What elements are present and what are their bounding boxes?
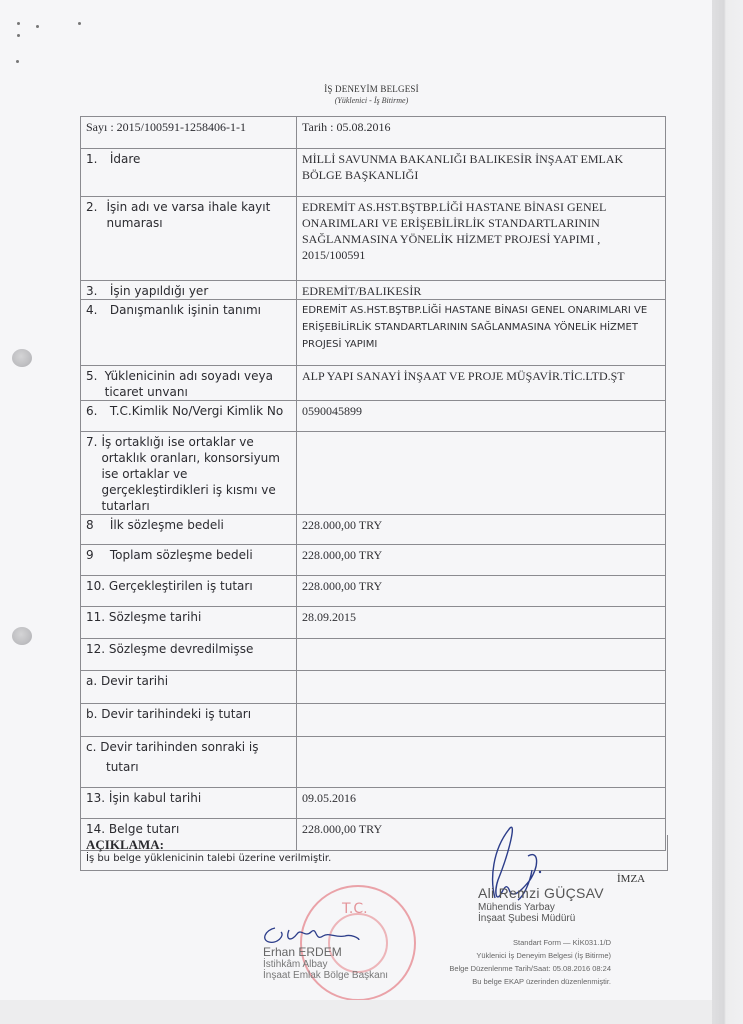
scan-speck [17, 22, 20, 25]
table-row: 10. Gerçekleştirilen iş tutarı 228.000,0… [81, 576, 666, 607]
row-value: 28.09.2015 [297, 607, 666, 639]
signatory-position: İnşaat Şubesi Müdürü [478, 913, 604, 924]
row-value: 09.05.2016 [297, 788, 666, 819]
stamp-text: T.C. [342, 901, 368, 917]
table-row: a. Devir tarihi [81, 671, 666, 704]
row-label: Sözleşme tarihi [109, 610, 201, 624]
row-label: Yüklenicinin adı soyadı veya ticaret unv… [101, 368, 291, 400]
signatory-name: Erhan ERDEM [263, 945, 388, 959]
row-number: c. [86, 740, 96, 754]
signatory-rank: İstihkâm Albay [263, 959, 388, 970]
row-number: 11. [86, 610, 105, 624]
row-label: İdare [110, 152, 141, 166]
row-value: ALP YAPI SANAYİ İNŞAAT VE PROJE MÜŞAVİR.… [297, 366, 666, 401]
punch-hole [12, 349, 32, 367]
row-value: EDREMİT AS.HST.BŞTBP.LİĞİ HASTANE BİNASI… [297, 300, 666, 366]
signatory-name: Ali Remzi GÜÇSAV [478, 885, 604, 901]
scanner-edge [712, 0, 743, 1024]
signatory-left: Erhan ERDEM İstihkâm Albay İnşaat Emlak … [263, 945, 388, 981]
table-row: 6. T.C.Kimlik No/Vergi Kimlik No 0590045… [81, 401, 666, 432]
document-page: İŞ DENEYİM BELGESİ (Yüklenici - İş Bitir… [0, 0, 712, 1000]
row-label: İşin adı ve varsa ihale kayıt numarası [102, 199, 291, 231]
table-row: 13. İşin kabul tarihi 09.05.2016 [81, 788, 666, 819]
row-number: 4. [86, 302, 106, 318]
row-label-continuation: tutarı [86, 759, 291, 775]
signatory-right: Ali Remzi GÜÇSAV Mühendis Yarbay İnşaat … [478, 885, 604, 924]
row-label: Devir tarihinden sonraki iş [100, 740, 258, 754]
row-number: 13. [86, 791, 105, 805]
row-number: 1. [86, 151, 106, 167]
row-value [297, 704, 666, 737]
table-row: 11. Sözleşme tarihi 28.09.2015 [81, 607, 666, 639]
row-label: Devir tarihindeki iş tutarı [101, 707, 251, 721]
row-label: Belge tutarı [109, 822, 179, 836]
scan-speck [36, 25, 39, 28]
row-number: 12. [86, 642, 105, 656]
table-row: 2.İşin adı ve varsa ihale kayıt numarası… [81, 197, 666, 281]
row-number: 14. [86, 822, 105, 836]
table-row: 9 Toplam sözleşme bedeli 228.000,00 TRY [81, 545, 666, 576]
official-stamp: T.C. [300, 885, 416, 1001]
row-value: 228.000,00 TRY [297, 576, 666, 607]
row-label: Gerçekleştirilen iş tutarı [109, 579, 253, 593]
row-number: b. [86, 707, 97, 721]
table-row: 5.Yüklenicinin adı soyadı veya ticaret u… [81, 366, 666, 401]
row-number: 9 [86, 547, 106, 563]
table-row: 3. İşin yapıldığı yer EDREMİT/BALIKESİR [81, 281, 666, 300]
row-number: 7. [86, 434, 97, 514]
table-row: 1. İdare MİLLİ SAVUNMA BAKANLIĞI BALIKES… [81, 149, 666, 197]
row-label: T.C.Kimlik No/Vergi Kimlik No [110, 404, 283, 418]
row-label: Danışmanlık işinin tanımı [110, 303, 261, 317]
form-code: Standart Form — KİK031.1/D [513, 938, 611, 947]
row-value: 228.000,00 TRY [297, 515, 666, 545]
row-value: EDREMİT/BALIKESİR [297, 281, 666, 300]
sayi-field: Sayı : 2015/100591-1258406-1-1 [81, 117, 297, 149]
punch-hole [12, 627, 32, 645]
row-number: 3. [86, 283, 106, 299]
explanation-text: İş bu belge yüklenicinin talebi üzerine … [86, 852, 662, 866]
row-value: EDREMİT AS.HST.BŞTBP.LİĞİ HASTANE BİNASI… [297, 197, 666, 281]
row-number: 5. [86, 368, 101, 400]
row-label: İş ortaklığı ise ortaklar ve ortaklık or… [97, 434, 291, 514]
row-value [297, 671, 666, 704]
row-label: İşin kabul tarihi [109, 791, 201, 805]
scan-speck [78, 22, 81, 25]
table-row: 12. Sözleşme devredilmişse [81, 639, 666, 671]
signature-label: İMZA [617, 873, 645, 885]
document-subtitle: (Yüklenici - İş Bitirme) [0, 96, 743, 105]
certificate-table: Sayı : 2015/100591-1258406-1-1 Tarih : 0… [80, 116, 666, 851]
table-row: 8 İlk sözleşme bedeli 228.000,00 TRY [81, 515, 666, 545]
scan-speck [17, 34, 20, 37]
document-title: İŞ DENEYİM BELGESİ [0, 84, 743, 94]
row-number: 6. [86, 403, 106, 419]
row-number: 8 [86, 517, 106, 533]
form-name: Yüklenici İş Deneyim Belgesi (İş Bitirme… [476, 951, 611, 960]
tarih-field: Tarih : 05.08.2016 [297, 117, 666, 149]
table-row: c. Devir tarihinden sonraki iştutarı [81, 737, 666, 788]
row-label: Toplam sözleşme bedeli [110, 548, 253, 562]
row-value [297, 737, 666, 788]
row-value: 0590045899 [297, 401, 666, 432]
row-number: 2. [86, 199, 102, 231]
row-label: İlk sözleşme bedeli [110, 518, 224, 532]
row-number: a. [86, 674, 97, 688]
row-label: İşin yapıldığı yer [110, 284, 208, 298]
row-value: MİLLİ SAVUNMA BAKANLIĞI BALIKESİR İNŞAAT… [297, 149, 666, 197]
row-value: 228.000,00 TRY [297, 545, 666, 576]
explanation-title: AÇIKLAMA: [86, 837, 662, 852]
ekap-source-note: Bu belge EKAP üzerinden düzenlenmiştir. [472, 977, 611, 986]
row-value [297, 639, 666, 671]
scan-speck [16, 60, 19, 63]
row-label: Devir tarihi [101, 674, 168, 688]
issue-timestamp: Belge Düzenlenme Tarih/Saat: 05.08.2016 … [449, 964, 611, 973]
table-row: 7.İş ortaklığı ise ortaklar ve ortaklık … [81, 432, 666, 515]
signatory-rank: Mühendis Yarbay [478, 902, 604, 913]
signatory-position: İnşaat Emlak Bölge Başkanı [263, 970, 388, 981]
scanner-bottom-edge [0, 1000, 712, 1024]
table-row-header: Sayı : 2015/100591-1258406-1-1 Tarih : 0… [81, 117, 666, 149]
row-value [297, 432, 666, 515]
table-row: b. Devir tarihindeki iş tutarı [81, 704, 666, 737]
explanation-box: AÇIKLAMA: İş bu belge yüklenicinin taleb… [80, 835, 668, 871]
row-number: 10. [86, 579, 105, 593]
row-label: Sözleşme devredilmişse [109, 642, 253, 656]
table-row: 4. Danışmanlık işinin tanımı EDREMİT AS.… [81, 300, 666, 366]
